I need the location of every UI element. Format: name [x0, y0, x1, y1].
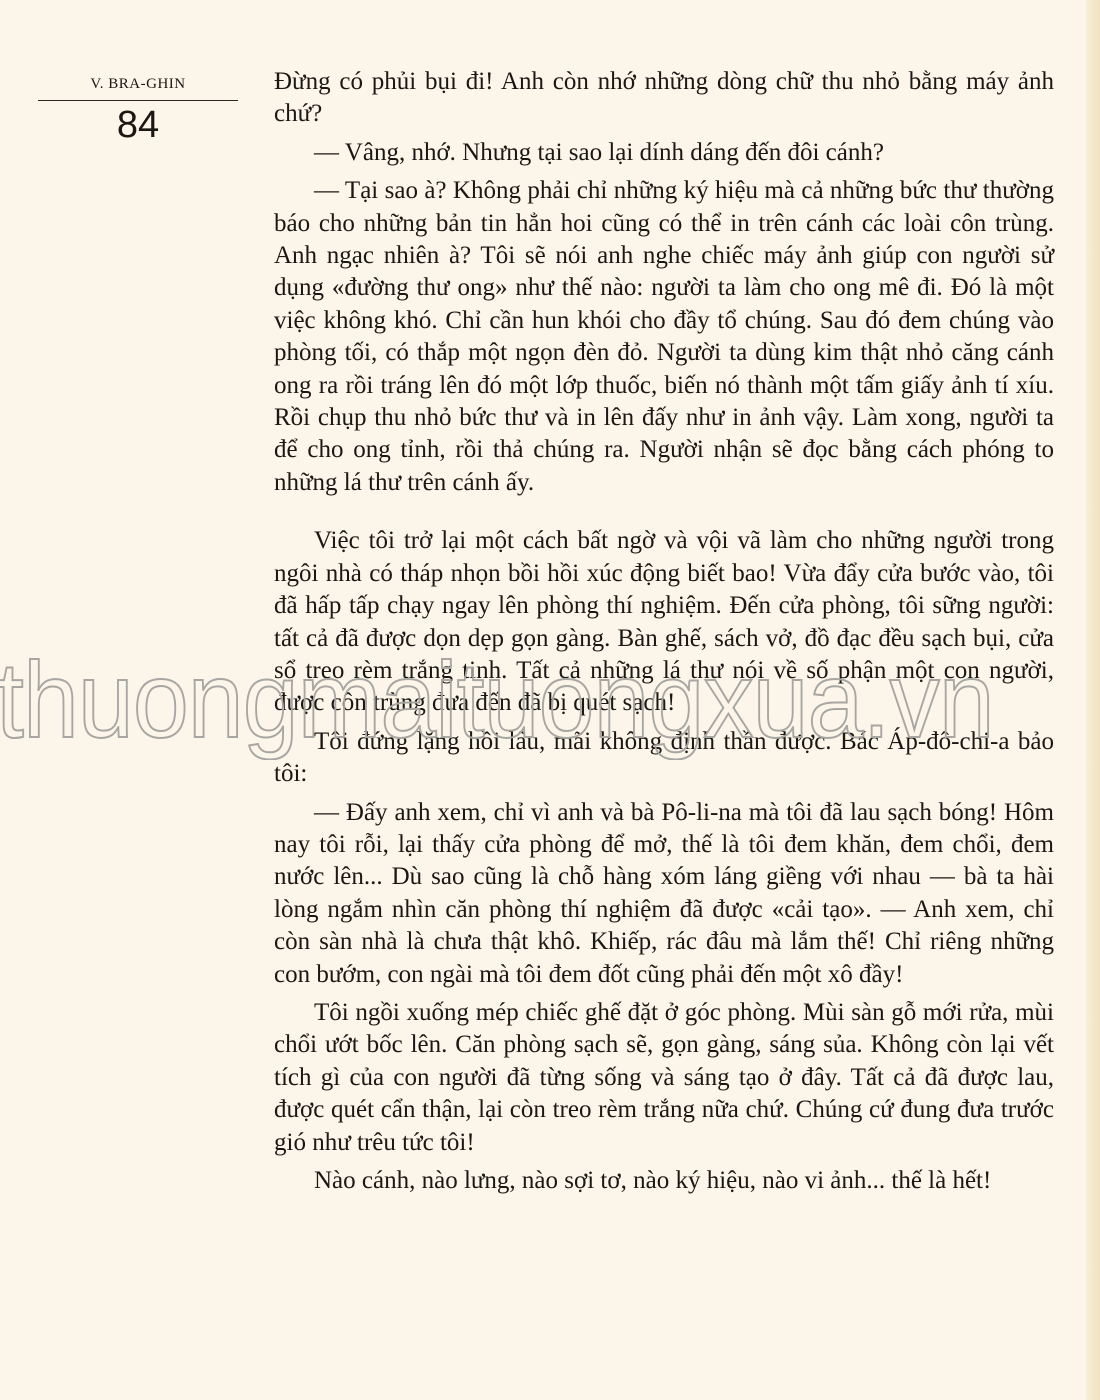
page-number: 84 [38, 103, 238, 147]
paragraph-1: Đừng có phủi bụi đi! Anh còn nhớ những d… [274, 66, 1054, 131]
body-text: Đừng có phủi bụi đi! Anh còn nhớ những d… [274, 66, 1054, 1197]
author-name: V. BRA-GHIN [38, 74, 238, 101]
paragraph-4: Việc tôi trở lại một cách bất ngờ và vội… [274, 525, 1054, 719]
page-edge [1086, 0, 1100, 1400]
paragraph-6: — Đấy anh xem, chỉ vì anh và bà Pô-li-na… [274, 797, 1054, 991]
paragraph-3: — Tại sao à? Không phải chỉ những ký hiệ… [274, 175, 1054, 499]
paragraph-5: Tôi đứng lặng hồi lâu, mãi không định th… [274, 726, 1054, 791]
paragraph-7: Tôi ngồi xuống mép chiếc ghế đặt ở góc p… [274, 997, 1054, 1159]
paragraph-8: Nào cánh, nào lưng, nào sợi tơ, nào ký h… [274, 1165, 1054, 1197]
running-head: V. BRA-GHIN 84 [38, 74, 238, 147]
paragraph-2: — Vâng, nhớ. Nhưng tại sao lại dính dáng… [274, 137, 1054, 169]
